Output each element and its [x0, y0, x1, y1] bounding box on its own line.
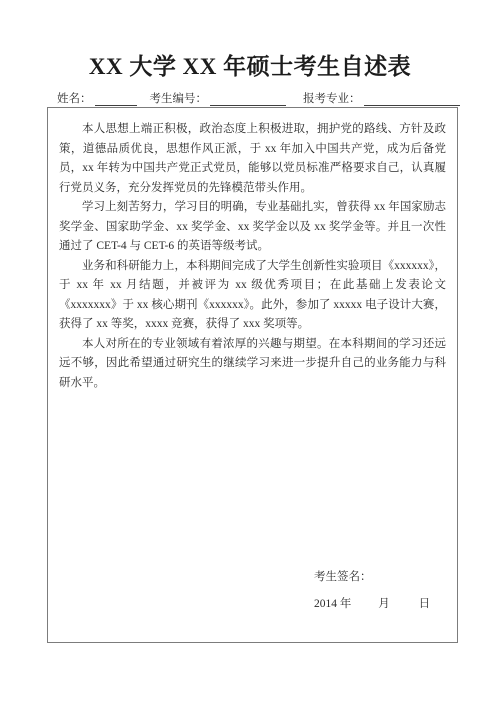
signature-label: 考生签名： — [314, 568, 430, 587]
candidate-no-label: 考生编号： — [150, 90, 208, 106]
major-fill-line — [364, 94, 460, 106]
major-field: 报考专业： — [303, 90, 460, 106]
candidate-no-field: 考生编号： — [150, 90, 304, 106]
date-month: 月 — [378, 598, 390, 610]
date-day: 日 — [419, 598, 431, 610]
name-label: 姓名： — [57, 90, 92, 106]
statement-paragraph-expectation: 本人对所在的专业领域有着浓厚的兴趣与期望。在本科期间的学习还远远不够，因此希望通… — [59, 335, 446, 394]
name-fill-line — [95, 94, 137, 106]
statement-paragraph-study: 学习上刻苦努力，学习目的明确，专业基础扎实，曾获得 xx 年国家励志奖学金、国家… — [59, 198, 446, 257]
statement-paragraph-ideology: 本人思想上端正积极，政治态度上积极进取，拥护党的路线、方针及政策，道德品质优良，… — [59, 120, 446, 198]
date-line: 2014 年 月 日 — [314, 595, 430, 614]
statement-box: 本人思想上端正积极，政治态度上积极进取，拥护党的路线、方针及政策，道德品质优良，… — [47, 107, 458, 643]
name-field: 姓名： — [57, 90, 150, 106]
page-title: XX 大学 XX 年硕士考生自述表 — [0, 48, 500, 81]
signature-block: 考生签名： 2014 年 月 日 — [314, 568, 430, 614]
date-year: 2014 年 — [314, 598, 351, 610]
statement-paragraph-research: 业务和科研能力上，本科期间完成了大学生创新性实验项目《xxxxxx》，于 xx … — [59, 257, 446, 335]
major-label: 报考专业： — [303, 90, 361, 106]
candidate-no-fill-line — [210, 94, 286, 106]
info-row: 姓名： 考生编号： 报考专业： — [57, 90, 460, 106]
